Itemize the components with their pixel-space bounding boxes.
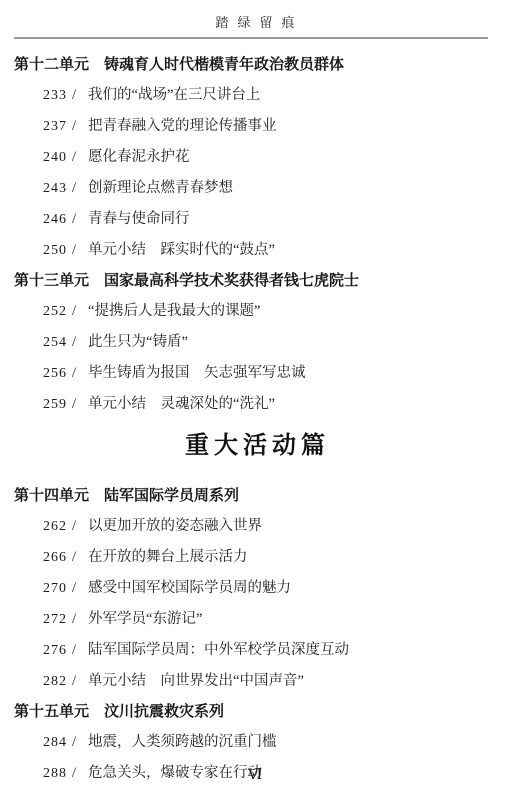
unit-title: 铸魂育人时代楷模青年政治教员群体 [104,56,344,73]
entry-page-number: 237 [43,112,70,142]
toc-entry: 252/“提携后人是我最大的课题” [0,296,510,327]
entry-page-number: 233 [43,81,70,111]
unit-title: 陆军国际学员周系列 [104,487,239,504]
entry-page-number: 243 [43,174,70,204]
entry-title: 单元小结 向世界发出“中国声音” [88,673,304,689]
entry-title: 单元小结 灵魂深处的“洗礼” [88,396,275,412]
unit-label: 第十三单元 [14,272,89,289]
entry-title: 此生只为“铸盾” [88,334,188,350]
entry-page-number: 254 [43,328,70,358]
entry-separator: / [72,358,76,388]
entry-title: 我们的“战场”在三尺讲台上 [88,87,260,103]
entry-page-number: 272 [43,605,70,635]
toc-entry: 284/地震，人类须跨越的沉重门槛 [0,727,510,758]
entry-separator: / [72,542,76,572]
entry-separator: / [72,389,76,419]
entry-page-number: 282 [43,667,70,697]
entry-page-number: 246 [43,205,70,235]
toc-entry: 254/此生只为“铸盾” [0,327,510,358]
entry-title: 在开放的舞台上展示活力 [88,549,248,565]
toc-page: 踏绿留痕 第十二单元铸魂育人时代楷模青年政治教员群体 233/我们的“战场”在三… [0,0,510,800]
unit-heading: 第十四单元陆军国际学员周系列 [0,481,510,511]
entry-page-number: 262 [43,512,70,542]
entry-title: 毕生铸盾为报国 矢志强军写忠诚 [88,365,306,381]
entry-page-number: 266 [43,543,70,573]
unit-title: 汶川抗震救灾系列 [104,703,224,720]
toc-entry: 250/单元小结 踩实时代的“鼓点” [0,235,510,266]
entry-page-number: 284 [43,728,70,758]
entry-title: 愿化春泥永护花 [88,149,190,165]
entry-title: 青春与使命同行 [88,211,190,227]
entry-title: 地震，人类须跨越的沉重门槛 [88,734,277,750]
entry-separator: / [72,727,76,757]
entry-page-number: 250 [43,236,70,266]
toc-entry: 237/把青春融入党的理论传播事业 [0,111,510,142]
unit-heading: 第十五单元汶川抗震救灾系列 [0,697,510,727]
entry-page-number: 256 [43,359,70,389]
entry-separator: / [72,604,76,634]
entry-separator: / [72,635,76,665]
entry-separator: / [72,666,76,696]
entry-page-number: 276 [43,636,70,666]
toc-entry: 256/毕生铸盾为报国 矢志强军写忠诚 [0,358,510,389]
entry-title: 感受中国军校国际学员周的魅力 [88,580,291,596]
unit-heading: 第十三单元国家最高科学技术奖获得者钱七虎院士 [0,266,510,296]
toc-entry: 282/单元小结 向世界发出“中国声音” [0,666,510,697]
page-number: Ⅵ [0,768,510,784]
entry-title: 外军学员“东游记” [88,611,202,627]
entry-title: 陆军国际学员周：中外军校学员深度互动 [88,642,349,658]
part-title: 重大活动篇 [0,428,510,464]
toc-entry: 276/陆军国际学员周：中外军校学员深度互动 [0,635,510,666]
entry-page-number: 240 [43,143,70,173]
table-of-contents: 第十二单元铸魂育人时代楷模青年政治教员群体 233/我们的“战场”在三尺讲台上 … [0,50,510,789]
toc-entry: 240/愿化春泥永护花 [0,142,510,173]
entry-title: “提携后人是我最大的课题” [88,303,260,319]
entry-page-number: 270 [43,574,70,604]
entry-separator: / [72,80,76,110]
entry-separator: / [72,296,76,326]
entry-separator: / [72,173,76,203]
toc-entry: 233/我们的“战场”在三尺讲台上 [0,80,510,111]
entry-title: 创新理论点燃青春梦想 [88,180,233,196]
entry-separator: / [72,573,76,603]
entry-separator: / [72,511,76,541]
toc-entry: 246/青春与使命同行 [0,204,510,235]
entry-separator: / [72,142,76,172]
entry-separator: / [72,111,76,141]
entry-title: 把青春融入党的理论传播事业 [88,118,277,134]
entry-page-number: 259 [43,390,70,420]
toc-entry: 272/外军学员“东游记” [0,604,510,635]
unit-heading: 第十二单元铸魂育人时代楷模青年政治教员群体 [0,50,510,80]
entry-page-number: 252 [43,297,70,327]
entry-title: 单元小结 踩实时代的“鼓点” [88,242,275,258]
toc-entry: 266/在开放的舞台上展示活力 [0,542,510,573]
toc-entry: 243/创新理论点燃青春梦想 [0,173,510,204]
entry-separator: / [72,235,76,265]
unit-label: 第十二单元 [14,56,89,73]
book-title: 踏绿留痕 [0,14,510,32]
toc-entry: 259/单元小结 灵魂深处的“洗礼” [0,389,510,420]
running-header: 踏绿留痕 [0,0,510,39]
toc-entry: 270/感受中国军校国际学员周的魅力 [0,573,510,604]
toc-entry: 262/以更加开放的姿态融入世界 [0,511,510,542]
unit-title: 国家最高科学技术奖获得者钱七虎院士 [104,272,359,289]
entry-title: 以更加开放的姿态融入世界 [88,518,262,534]
entry-separator: / [72,204,76,234]
entry-separator: / [72,327,76,357]
unit-label: 第十四单元 [14,487,89,504]
unit-label: 第十五单元 [14,703,89,720]
header-rule [14,37,488,39]
